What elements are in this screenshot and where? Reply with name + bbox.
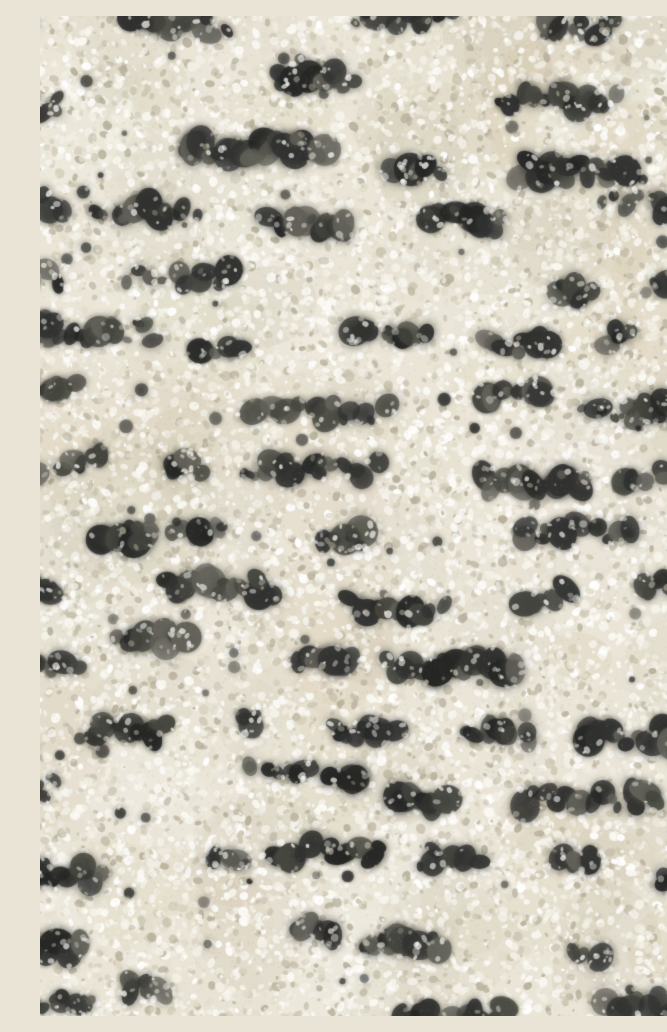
rug-texture-canvas xyxy=(40,16,667,1016)
rug-texture-photo xyxy=(40,16,667,1016)
